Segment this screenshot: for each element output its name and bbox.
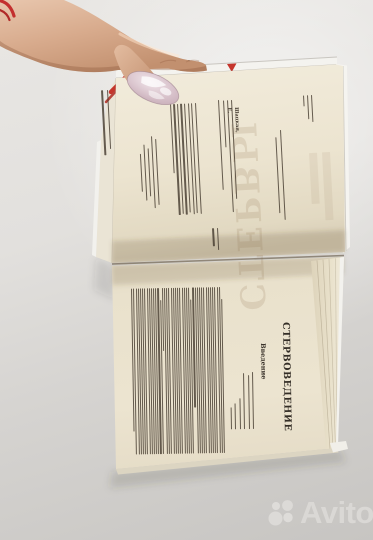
forearm-hand bbox=[0, 0, 207, 72]
hand bbox=[0, 0, 373, 540]
avito-logo-icon bbox=[262, 493, 298, 533]
avito-wordmark: Avito bbox=[300, 493, 373, 533]
avito-watermark: Avito bbox=[262, 493, 373, 533]
photo-background: СТЕРВЫ Шацкая, Е. СТЕРВОВЕДЕНИЕ Введение bbox=[0, 0, 373, 540]
